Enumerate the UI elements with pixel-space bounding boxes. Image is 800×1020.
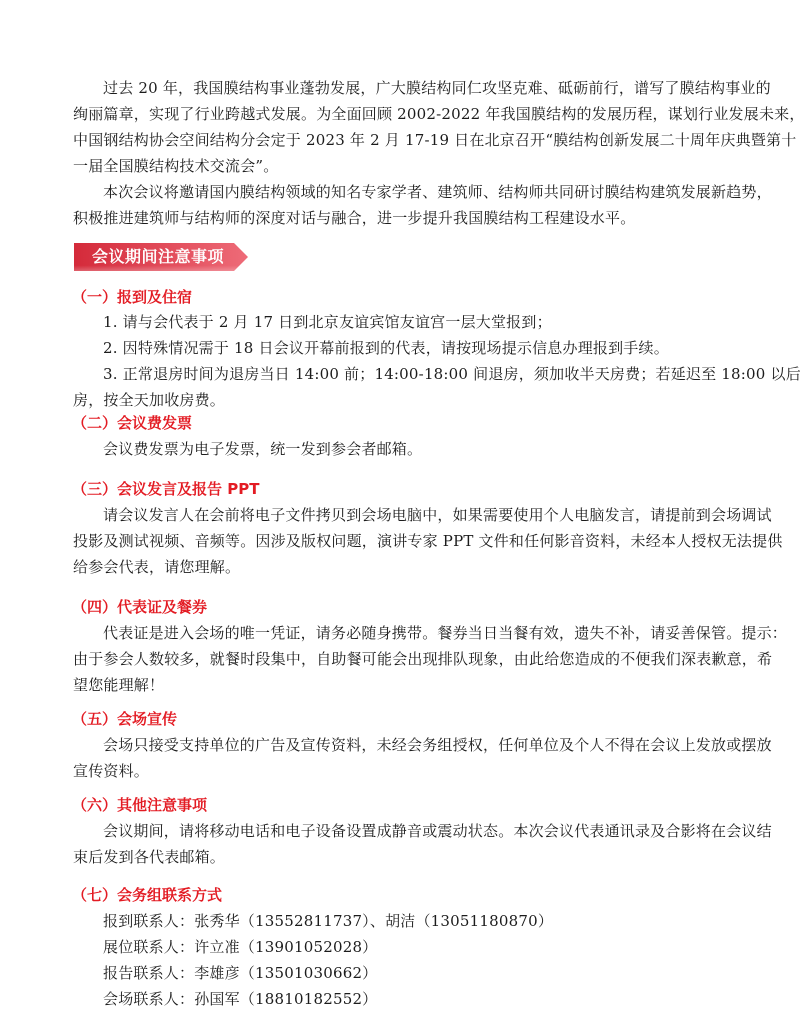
text-line: 望您能理解！ (73, 675, 729, 695)
banner-title: 会议期间注意事项 (92, 246, 224, 268)
section-banner: 会议期间注意事项 (74, 243, 248, 271)
text-line: 积极推进建筑师与结构师的深度对话与融合，进一步提升我国膜结构工程建设水平。 (73, 208, 729, 228)
section-heading: （六）其他注意事项 (72, 795, 207, 815)
contact-value: 张秀华（13552811737）、胡洁（13051180870） (194, 912, 553, 930)
text-line: 代表证是进入会场的唯一凭证，请务必随身携带。餐券当日当餐有效，遗失不补，请妥善保… (103, 623, 729, 643)
list-item: 1. 请与会代表于 2 月 17 日到北京友谊宾馆友谊宫一层大堂报到； (103, 312, 729, 332)
text-line: 过去 20 年，我国膜结构事业蓬勃发展，广大膜结构同仁攻坚克难、砥砺前行，谱写了… (103, 78, 729, 98)
text-line: 一届全国膜结构技术交流会”。 (73, 156, 729, 176)
contact-role: 报到联系人： (103, 912, 194, 930)
text-line: 会场只接受支持单位的广告及宣传资料，未经会务组授权，任何单位及个人不得在会议上发… (103, 735, 729, 755)
text-line: 由于参会人数较多，就餐时段集中，自助餐可能会出现排队现象，由此给您造成的不便我们… (73, 649, 729, 669)
section-heading: （四）代表证及餐券 (72, 597, 207, 617)
contact-value: 李雄彦（13501030662） (194, 964, 377, 982)
contact-booth: 展位联系人：许立准（13901052028） (103, 937, 729, 957)
section-heading: （二）会议费发票 (72, 413, 192, 433)
contact-venue: 会场联系人：孙国军（18810182552） (103, 989, 729, 1009)
text-line: 会议费发票为电子发票，统一发到参会者邮箱。 (103, 439, 729, 459)
text-line: 束后发到各代表邮箱。 (73, 847, 729, 867)
list-item-continuation: 房，按全天加收房费。 (73, 390, 729, 410)
text-line: 绚丽篇章，实现了行业跨越式发展。为全面回顾 2002-2022 年我国膜结构的发… (73, 104, 729, 124)
section-heading: （三）会议发言及报告 PPT (72, 479, 259, 499)
text-line: 请会议发言人在会前将电子文件拷贝到会场电脑中，如果需要使用个人电脑发言，请提前到… (103, 505, 729, 525)
document-page: 过去 20 年，我国膜结构事业蓬勃发展，广大膜结构同仁攻坚克难、砥砺前行，谱写了… (0, 0, 800, 1020)
section-heading: （一）报到及住宿 (72, 287, 192, 307)
text-line: 中国钢结构协会空间结构分会定于 2023 年 2 月 17-19 日在北京召开“… (73, 130, 729, 150)
text-line: 宣传资料。 (73, 761, 729, 781)
contact-role: 报告联系人： (103, 964, 194, 982)
section-heading: （五）会场宣传 (72, 709, 177, 729)
section-heading: （七）会务组联系方式 (72, 885, 222, 905)
list-item: 2. 因特殊情况需于 18 日会议开幕前报到的代表，请按现场提示信息办理报到手续… (103, 338, 729, 358)
contact-report: 报告联系人：李雄彦（13501030662） (103, 963, 729, 983)
text-line: 投影及测试视频、音频等。因涉及版权问题，演讲专家 PPT 文件和任何影音资料，未… (73, 531, 729, 551)
list-item: 3. 正常退房时间为退房当日 14:00 前；14:00-18:00 间退房，须… (103, 364, 729, 384)
contact-value: 许立准（13901052028） (194, 938, 377, 956)
contact-value: 孙国军（18810182552） (194, 990, 377, 1008)
text-line: 给参会代表，请您理解。 (73, 557, 729, 577)
contact-role: 会场联系人： (103, 990, 194, 1008)
text-line: 会议期间，请将移动电话和电子设备设置成静音或震动状态。本次会议代表通讯录及合影将… (103, 821, 729, 841)
text-line: 本次会议将邀请国内膜结构领域的知名专家学者、建筑师、结构师共同研讨膜结构建筑发展… (103, 182, 729, 202)
contact-registration: 报到联系人：张秀华（13552811737）、胡洁（13051180870） (103, 911, 729, 931)
contact-role: 展位联系人： (103, 938, 194, 956)
